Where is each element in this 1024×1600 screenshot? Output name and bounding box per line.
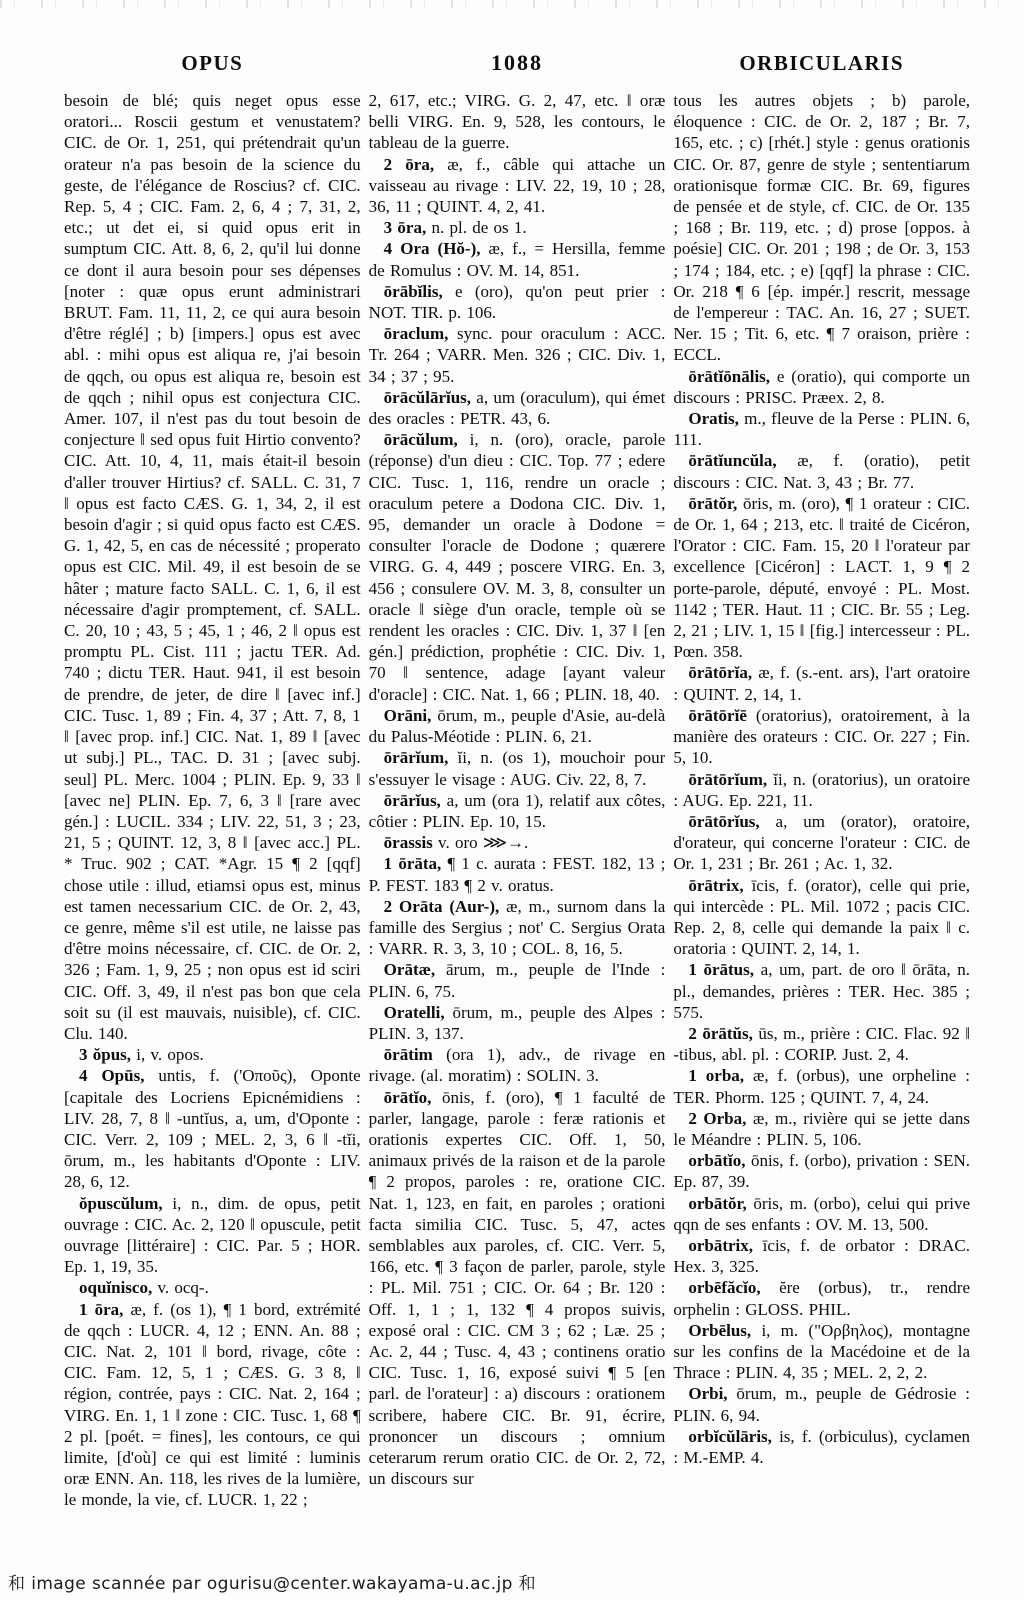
column-1: besoin de blé; quis neget opus esse orat… (64, 90, 361, 1552)
headword: 4 Opūs, (79, 1066, 158, 1085)
dictionary-entry: 3 ōra, n. pl. de os 1. (369, 217, 666, 238)
dictionary-entry: orbātĭo, ōnis, f. (orbo), privation : SE… (673, 1150, 970, 1192)
headword: 1 ōrāta, (384, 854, 448, 873)
dictionary-entry: ōrātĭuncŭla, æ, f. (oratio), petit disco… (673, 450, 970, 492)
dictionary-entry: ōrātōrĭum, ĭi, n. (oratorius), un oratoi… (673, 769, 970, 811)
headword: 2 Orba, (688, 1109, 753, 1128)
headword: ōrātōrĭē (688, 706, 756, 725)
text-columns: besoin de blé; quis neget opus esse orat… (0, 76, 1024, 1552)
dictionary-entry: 2 Orba, æ, m., rivière qui se jette dans… (673, 1108, 970, 1150)
headword: ōrārĭum, (384, 748, 458, 767)
headword: ōrātim (384, 1045, 446, 1064)
dictionary-entry: 1 ōrāta, ¶ 1 c. aurata : FEST. 182, 13 ;… (369, 853, 666, 895)
dictionary-entry: ōrārĭum, ĭi, n. (os 1), mouchoir pour s'… (369, 747, 666, 789)
column-2: 2, 617, etc.; VIRG. G. 2, 47, etc. ‖ oræ… (369, 90, 666, 1552)
dictionary-entry: orbēfăcĭo, ĕre (orbus), tr., rendre orph… (673, 1277, 970, 1319)
dictionary-entry: ōrassis v. oro ⋙→. (369, 832, 666, 853)
dictionary-entry: ōrātōrĭus, a, um (orator), oratoire, d'o… (673, 811, 970, 875)
headword: ōrātōrĭus, (688, 812, 775, 831)
headword: ōrassis (384, 833, 438, 852)
dictionary-entry: ŏpuscŭlum, i, n., dim. de opus, petit ou… (64, 1193, 361, 1278)
headword: orbātŏr, (688, 1194, 753, 1213)
dictionary-entry: ōrātōrĭē (oratorius), oratoirement, à la… (673, 705, 970, 769)
dictionary-entry: Oratelli, ōrum, m., peuple des Alpes : P… (369, 1002, 666, 1044)
headword: ōrātōrĭa, (688, 663, 758, 682)
dictionary-entry: 1 ōra, æ, f. (os 1), ¶ 1 bord, extrémité… (64, 1299, 361, 1511)
headword: 1 orba, (688, 1066, 753, 1085)
dictionary-entry: Oratis, m., fleuve de la Perse : PLIN. 6… (673, 408, 970, 450)
running-head-left-word: OPUS (64, 51, 361, 76)
headword: Orātæ, (384, 960, 446, 979)
continuation-paragraph: 2, 617, etc.; VIRG. G. 2, 47, etc. ‖ oræ… (369, 90, 666, 154)
headword: ōrātĭōnālis, (688, 367, 777, 386)
headword: Oratis, (688, 409, 744, 428)
continuation-paragraph: besoin de blé; quis neget opus esse orat… (64, 90, 361, 1044)
headword: ŏpuscŭlum, (79, 1194, 172, 1213)
dictionary-entry: ōrātim (ora 1), adv., de rivage en rivag… (369, 1044, 666, 1086)
headword: 2 ōrātŭs, (688, 1024, 758, 1043)
dictionary-entry: orbātŏr, ōris, m. (orbo), celui qui priv… (673, 1193, 970, 1235)
dictionary-entry: ōrācŭlārĭus, a, um (oraculum), qui émet … (369, 387, 666, 429)
dictionary-entry: ōrābĭlis, e (oro), qu'on peut prier : NO… (369, 281, 666, 323)
dictionary-entry: ōrācŭlum, i, n. (oro), oracle, parole (r… (369, 429, 666, 705)
dictionary-entry: ōraclum, sync. pour oraculum : ACC. Tr. … (369, 323, 666, 387)
dictionary-entry: ōrātrix, īcis, f. (orator), celle qui pr… (673, 875, 970, 960)
headword: 2 ōra, (384, 155, 448, 174)
headword: 4 Ora (Hŏ-), (384, 239, 489, 258)
headword: Orbi, (688, 1384, 736, 1403)
dictionary-entry: 1 orba, æ, f. (orbus), une orpheline : T… (673, 1065, 970, 1107)
dictionary-entry: 2 ōrātŭs, ūs, m., prière : CIC. Flac. 92… (673, 1023, 970, 1065)
headword: orbātĭo, (688, 1151, 751, 1170)
headword: ōrātĭuncŭla, (688, 451, 797, 470)
dictionary-entry: ōrātĭo, ōnis, f. (oro), ¶ 1 faculté de p… (369, 1087, 666, 1490)
headword: orbĭcŭlāris, (688, 1427, 779, 1446)
headword: 3 ŏpus, (79, 1045, 136, 1064)
headword: 2 Orāta (Aur-), (384, 897, 506, 916)
headword: ōrācŭlārĭus, (384, 388, 477, 407)
headword: ōrātōrĭum, (688, 770, 773, 789)
dictionary-entry: ōrātĭōnālis, e (oratio), qui comporte un… (673, 366, 970, 408)
dictionary-entry: 1 ōrātus, a, um, part. de oro ‖ ōrāta, n… (673, 959, 970, 1023)
dictionary-entry: 2 ōra, æ, f., câble qui attache un vaiss… (369, 154, 666, 218)
page-number: 1088 (369, 50, 666, 76)
running-head-right-word: ORBICULARIS (673, 51, 970, 76)
dictionary-entry: ōrātŏr, ōris, m. (oro), ¶ 1 orateur : CI… (673, 493, 970, 663)
headword: 3 ōra, (384, 218, 432, 237)
headword: ōrābĭlis, (384, 282, 455, 301)
headword: ōrārĭus, (384, 791, 447, 810)
headword: orbēfăcĭo, (688, 1278, 779, 1297)
dictionary-entry: Orāni, ōrum, m., peuple d'Asie, au-delà … (369, 705, 666, 747)
dictionary-entry: Orbēlus, i, m. ("Ορβηλος), montagne sur … (673, 1320, 970, 1384)
dictionary-entry: Orātæ, ārum, m., peuple de l'Inde : PLIN… (369, 959, 666, 1001)
dictionary-page: OPUS 1088 ORBICULARIS besoin de blé; qui… (0, 0, 1024, 1600)
headword: oquĭnisco, (79, 1278, 157, 1297)
dictionary-entry: ōrārĭus, a, um (ora 1), relatif aux côte… (369, 790, 666, 832)
headword: Orbēlus, (688, 1321, 761, 1340)
headword: ōrācŭlum, (384, 430, 470, 449)
dictionary-entry: 2 Orāta (Aur-), æ, m., surnom dans la fa… (369, 896, 666, 960)
headword: Orāni, (384, 706, 438, 725)
dictionary-entry: orbĭcŭlāris, is, f. (orbiculus), cyclame… (673, 1426, 970, 1468)
dictionary-entry: 4 Opūs, untis, f. ('Οποῦς), Oponte [capi… (64, 1065, 361, 1192)
headword: orbātrix, (688, 1236, 762, 1255)
dictionary-entry: 4 Ora (Hŏ-), æ, f., = Hersilla, femme de… (369, 238, 666, 280)
headword: ōrātrix, (688, 876, 751, 895)
headword: 1 ōrātus, (688, 960, 760, 979)
headword: ōraclum, (384, 324, 457, 343)
dictionary-entry: Orbi, ōrum, m., peuple de Gédrosie : PLI… (673, 1383, 970, 1425)
scan-artifacts (0, 0, 1024, 8)
column-3: tous les autres objets ; b) parole, éloq… (673, 90, 970, 1552)
dictionary-entry: ōrātōrĭa, æ, f. (s.-ent. ars), l'art ora… (673, 662, 970, 704)
dictionary-entry: 3 ŏpus, i, v. opos. (64, 1044, 361, 1065)
dictionary-entry: oquĭnisco, v. ocq-. (64, 1277, 361, 1298)
running-head: OPUS 1088 ORBICULARIS (0, 0, 1024, 76)
headword: ōrātŏr, (688, 494, 743, 513)
dictionary-entry: orbātrix, īcis, f. de orbator : DRAC. He… (673, 1235, 970, 1277)
continuation-paragraph: tous les autres objets ; b) parole, éloq… (673, 90, 970, 366)
headword: ōrātĭo, (384, 1088, 442, 1107)
headword: Oratelli, (384, 1003, 453, 1022)
scan-credit: 和 image scannée par ogurisu@center.wakay… (8, 1569, 536, 1594)
headword: 1 ōra, (79, 1300, 131, 1319)
